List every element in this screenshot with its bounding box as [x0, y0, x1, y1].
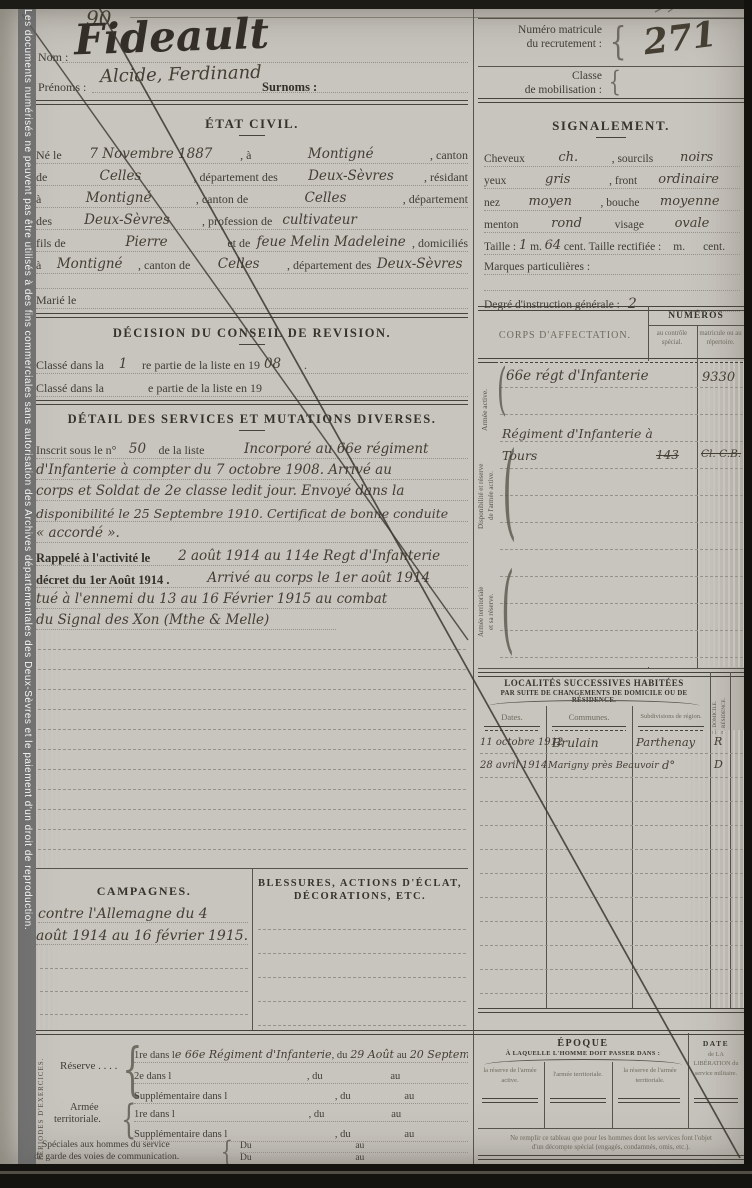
watermark-text: Les documents numérisés ne peuvent pas ê… [18, 9, 36, 1159]
military-register-scan: { "colors":{"paper":"#c8c5bf","ink":"#3e… [0, 0, 752, 1188]
scan-edge-glare [0, 1171, 752, 1174]
scan-edge-right [744, 0, 752, 1188]
scan-edge-bottom [0, 1164, 752, 1188]
archive-watermark-strip: Les documents numérisés ne peuvent pas ê… [18, 9, 36, 1164]
scan-edge-top [0, 0, 752, 9]
crossed-out-strokes [0, 0, 752, 1188]
